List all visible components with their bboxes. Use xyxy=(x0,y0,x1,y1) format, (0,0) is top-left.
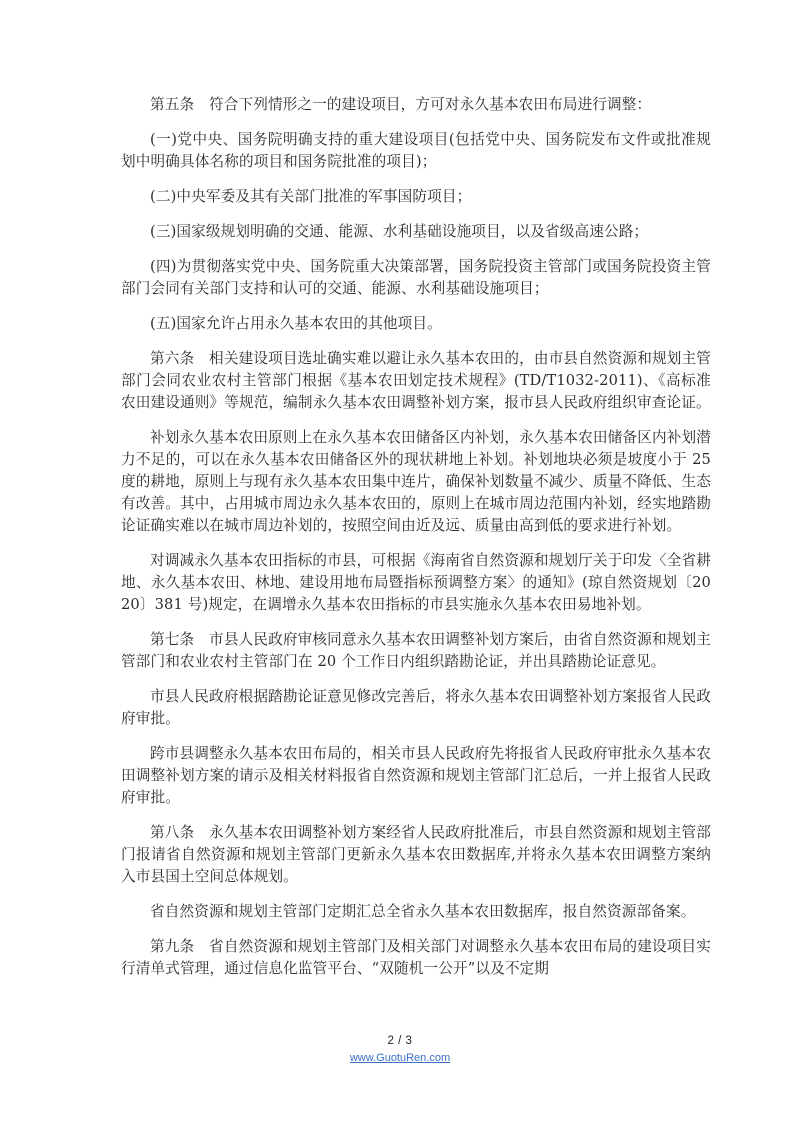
article-7-cross-county: 跨市县调整永久基本农田布局的，相关市县人民政府先将报省人民政府审批永久基本农田调… xyxy=(121,743,711,809)
article-6-supplement-principle: 补划永久基本农田原则上在永久基本农田储备区内补划，永久基本农田储备区内补划潜力不… xyxy=(121,427,711,537)
article-5-item-1: (一)党中央、国务院明确支持的重大建设项目(包括党中央、国务院发布文件或批准规划… xyxy=(121,129,711,173)
document-body: 第五条 符合下列情形之一的建设项目，方可对永久基本农田布局进行调整： (一)党中… xyxy=(121,94,711,993)
article-5-item-4: (四)为贯彻落实党中央、国务院重大决策部署，国务院投资主管部门或国务院投资主管部… xyxy=(121,256,711,300)
article-6-relocation-rule: 对调减永久基本农田指标的市县，可根据《海南省自然资源和规划厅关于印发〈全省耕地、… xyxy=(121,550,711,616)
page-indicator: 2 / 3 xyxy=(0,1034,800,1048)
page-footer: 2 / 3 www.GuotuRen.com xyxy=(0,1034,800,1066)
article-7: 第七条 市县人民政府审核同意永久基本农田调整补划方案后，由省自然资源和规划主管部… xyxy=(121,629,711,673)
article-5-item-3: (三)国家级规划明确的交通、能源、水利基础设施项目，以及省级高速公路； xyxy=(121,221,711,243)
article-5-intro: 第五条 符合下列情形之一的建设项目，方可对永久基本农田布局进行调整： xyxy=(121,94,711,116)
article-6: 第六条 相关建设项目选址确实难以避让永久基本农田的，由市县自然资源和规划主管部门… xyxy=(121,348,711,414)
article-8: 第八条 永久基本农田调整补划方案经省人民政府批准后，市县自然资源和规划主管部门报… xyxy=(121,822,711,888)
article-8-filing: 省自然资源和规划主管部门定期汇总全省永久基本农田数据库，报自然资源部备案。 xyxy=(121,901,711,923)
article-5-item-2: (二)中央军委及其有关部门批准的军事国防项目； xyxy=(121,186,711,208)
article-7-revision: 市县人民政府根据踏勘论证意见修改完善后，将永久基本农田调整补划方案报省人民政府审… xyxy=(121,686,711,730)
article-9: 第九条 省自然资源和规划主管部门及相关部门对调整永久基本农田布局的建设项目实行清… xyxy=(121,936,711,980)
article-5-item-5: (五)国家允许占用永久基本农田的其他项目。 xyxy=(121,313,711,335)
site-link[interactable]: www.GuotuRen.com xyxy=(350,1051,450,1065)
